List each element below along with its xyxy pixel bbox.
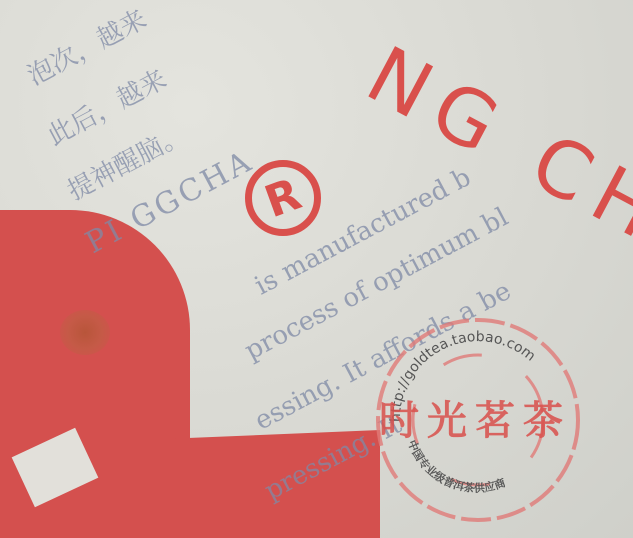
registered-mark-icon: R — [245, 160, 321, 236]
watermark-title: 时光茗茶 — [379, 397, 571, 444]
watermark-stamp: http://goldtea.taobao.com 中国专业级普洱茶供应商 时光… — [350, 312, 600, 527]
registered-letter: R — [258, 168, 307, 228]
watermark-subtitle: 中国专业级普洱茶供应商 — [405, 438, 507, 495]
stain — [60, 310, 110, 355]
